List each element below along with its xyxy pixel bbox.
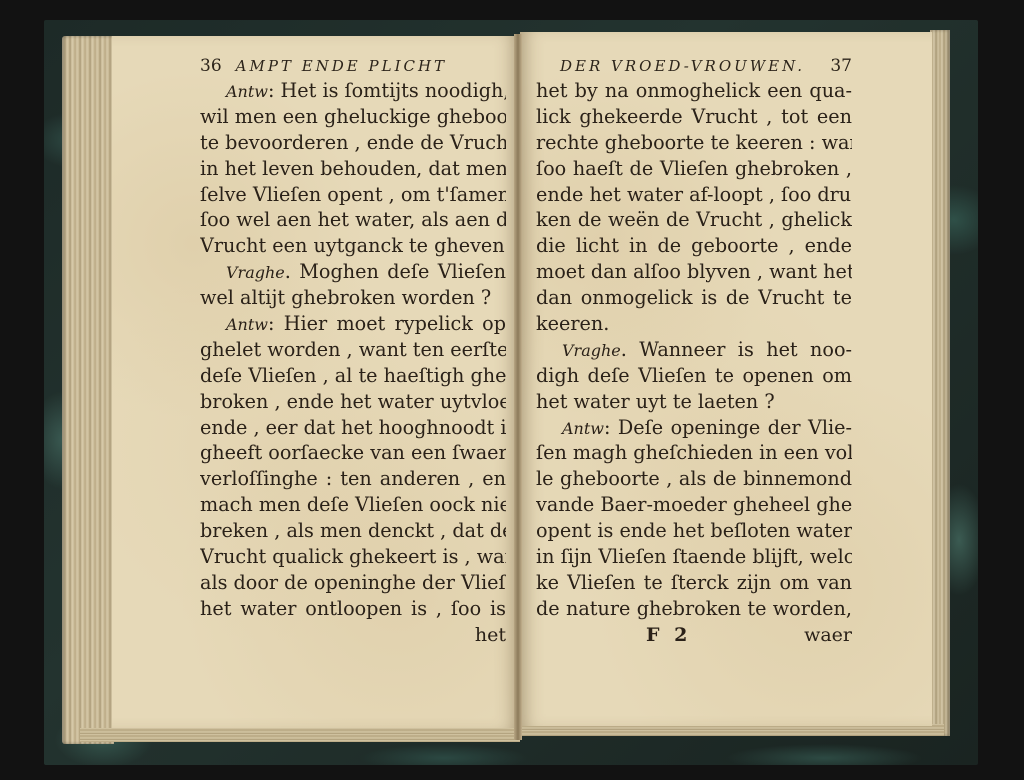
answer-label: Antw bbox=[226, 82, 268, 101]
text-line: wil men een gheluckige gheboor- bbox=[200, 104, 506, 130]
left-page: 36 AMPT ENDE PLICHT Antw: Het is ſomtijt… bbox=[112, 36, 518, 728]
text-line: verloſſinghe : ten anderen , en bbox=[200, 466, 506, 492]
right-page: DER VROED-VROUWEN. 37 het by na onmoghel… bbox=[520, 32, 932, 726]
right-page-text: DER VROED-VROUWEN. 37 het by na onmoghel… bbox=[536, 56, 852, 648]
text-line: wel altijt ghebroken worden ? bbox=[200, 285, 506, 311]
text-line: als door de openinghe der Vlieſen bbox=[200, 570, 506, 596]
answer-label: Antw bbox=[562, 419, 604, 438]
text-line: Vraghe. Wanneer is het noo- bbox=[536, 337, 852, 363]
text-line: gheeft oorſaecke van een ſwaere bbox=[200, 440, 506, 466]
text-line: broken , ende het water uytvloey- bbox=[200, 389, 506, 415]
right-footer: F 2 waer bbox=[536, 622, 852, 648]
question-label: Vraghe bbox=[226, 263, 285, 282]
text-line: digh deſe Vlieſen te openen om bbox=[536, 363, 852, 389]
running-head-title: AMPT ENDE PLICHT bbox=[236, 57, 447, 75]
text-line: Antw: Het is ſomtijts noodigh, bbox=[200, 78, 506, 104]
text-line: vande Baer-moeder gheheel ghe- bbox=[536, 492, 852, 518]
text-line: de nature ghebroken te worden, bbox=[536, 596, 852, 622]
text-line: keeren. bbox=[536, 311, 852, 337]
left-page-text: 36 AMPT ENDE PLICHT Antw: Het is ſomtijt… bbox=[200, 56, 506, 648]
text-line: breken , als men denckt , dat de bbox=[200, 518, 506, 544]
text-line: te bevoorderen , ende de Vrucht bbox=[200, 130, 506, 156]
text-line: Antw: Hier moet rypelick op bbox=[200, 311, 506, 337]
catchword: waer bbox=[804, 622, 852, 648]
text-line: ke Vlieſen te ſterck zijn om van bbox=[536, 570, 852, 596]
left-footer: het bbox=[200, 622, 506, 648]
text-line: dan onmogelick is de Vrucht te bbox=[536, 285, 852, 311]
book-gutter bbox=[514, 34, 522, 740]
question-label: Vraghe bbox=[562, 341, 621, 360]
signature-mark: F 2 bbox=[536, 622, 691, 648]
running-head-title: DER VROED-VROUWEN. bbox=[560, 57, 805, 75]
text-line: ende het water af-loopt , ſoo druc- bbox=[536, 182, 852, 208]
text-line: die licht in de geboorte , ende bbox=[536, 233, 852, 259]
text-line: ſoo wel aen het water, als aen de bbox=[200, 207, 506, 233]
catchword: het bbox=[475, 622, 506, 648]
text-line: in ſijn Vlieſen ſtaende blijft, welc- bbox=[536, 544, 852, 570]
text-line: ghelet worden , want ten eerſten bbox=[200, 337, 506, 363]
text-line: rechte gheboorte te keeren : want bbox=[536, 130, 852, 156]
page-block-edge-right bbox=[930, 30, 950, 736]
text-line: in het leven behouden, dat men de bbox=[200, 156, 506, 182]
page-number: 36 bbox=[200, 56, 222, 76]
text-line: moet dan alſoo blyven , want het bbox=[536, 259, 852, 285]
left-running-head: 36 AMPT ENDE PLICHT bbox=[200, 56, 506, 78]
text-line: ende , eer dat het hooghnoodt is, bbox=[200, 415, 506, 441]
right-running-head: DER VROED-VROUWEN. 37 bbox=[536, 56, 852, 78]
text-line: het water uyt te laeten ? bbox=[536, 389, 852, 415]
text-line: Vrucht een uytganck te gheven. bbox=[200, 233, 506, 259]
text-line: het by na onmoghelick een qua- bbox=[536, 78, 852, 104]
text-line: le gheboorte , als de binnemond bbox=[536, 466, 852, 492]
page-block-edge-bottom-left bbox=[80, 728, 520, 742]
text-line: het water ontloopen is , ſoo is bbox=[200, 596, 506, 622]
text-line: mach men deſe Vlieſen oock niet bbox=[200, 492, 506, 518]
answer-label: Antw bbox=[226, 315, 268, 334]
text-line: Vraghe. Moghen deſe Vlieſen bbox=[200, 259, 506, 285]
text-line: Antw: Deſe openinge der Vlie- bbox=[536, 415, 852, 441]
text-line: ſen magh gheſchieden in een vol- bbox=[536, 440, 852, 466]
text-line: ſoo haeſt de Vlieſen ghebroken , bbox=[536, 156, 852, 182]
text-line: ſelve Vlieſen opent , om t'ſamen bbox=[200, 182, 506, 208]
text-line: lick ghekeerde Vrucht , tot een bbox=[536, 104, 852, 130]
text-line: ken de weën de Vrucht , ghelick bbox=[536, 207, 852, 233]
page-number: 37 bbox=[830, 56, 852, 76]
text-line: deſe Vlieſen , al te haeſtigh ghe- bbox=[200, 363, 506, 389]
text-line: opent is ende het beſloten water bbox=[536, 518, 852, 544]
page-block-edge-left bbox=[62, 36, 114, 744]
text-line: Vrucht qualick ghekeert is , want bbox=[200, 544, 506, 570]
